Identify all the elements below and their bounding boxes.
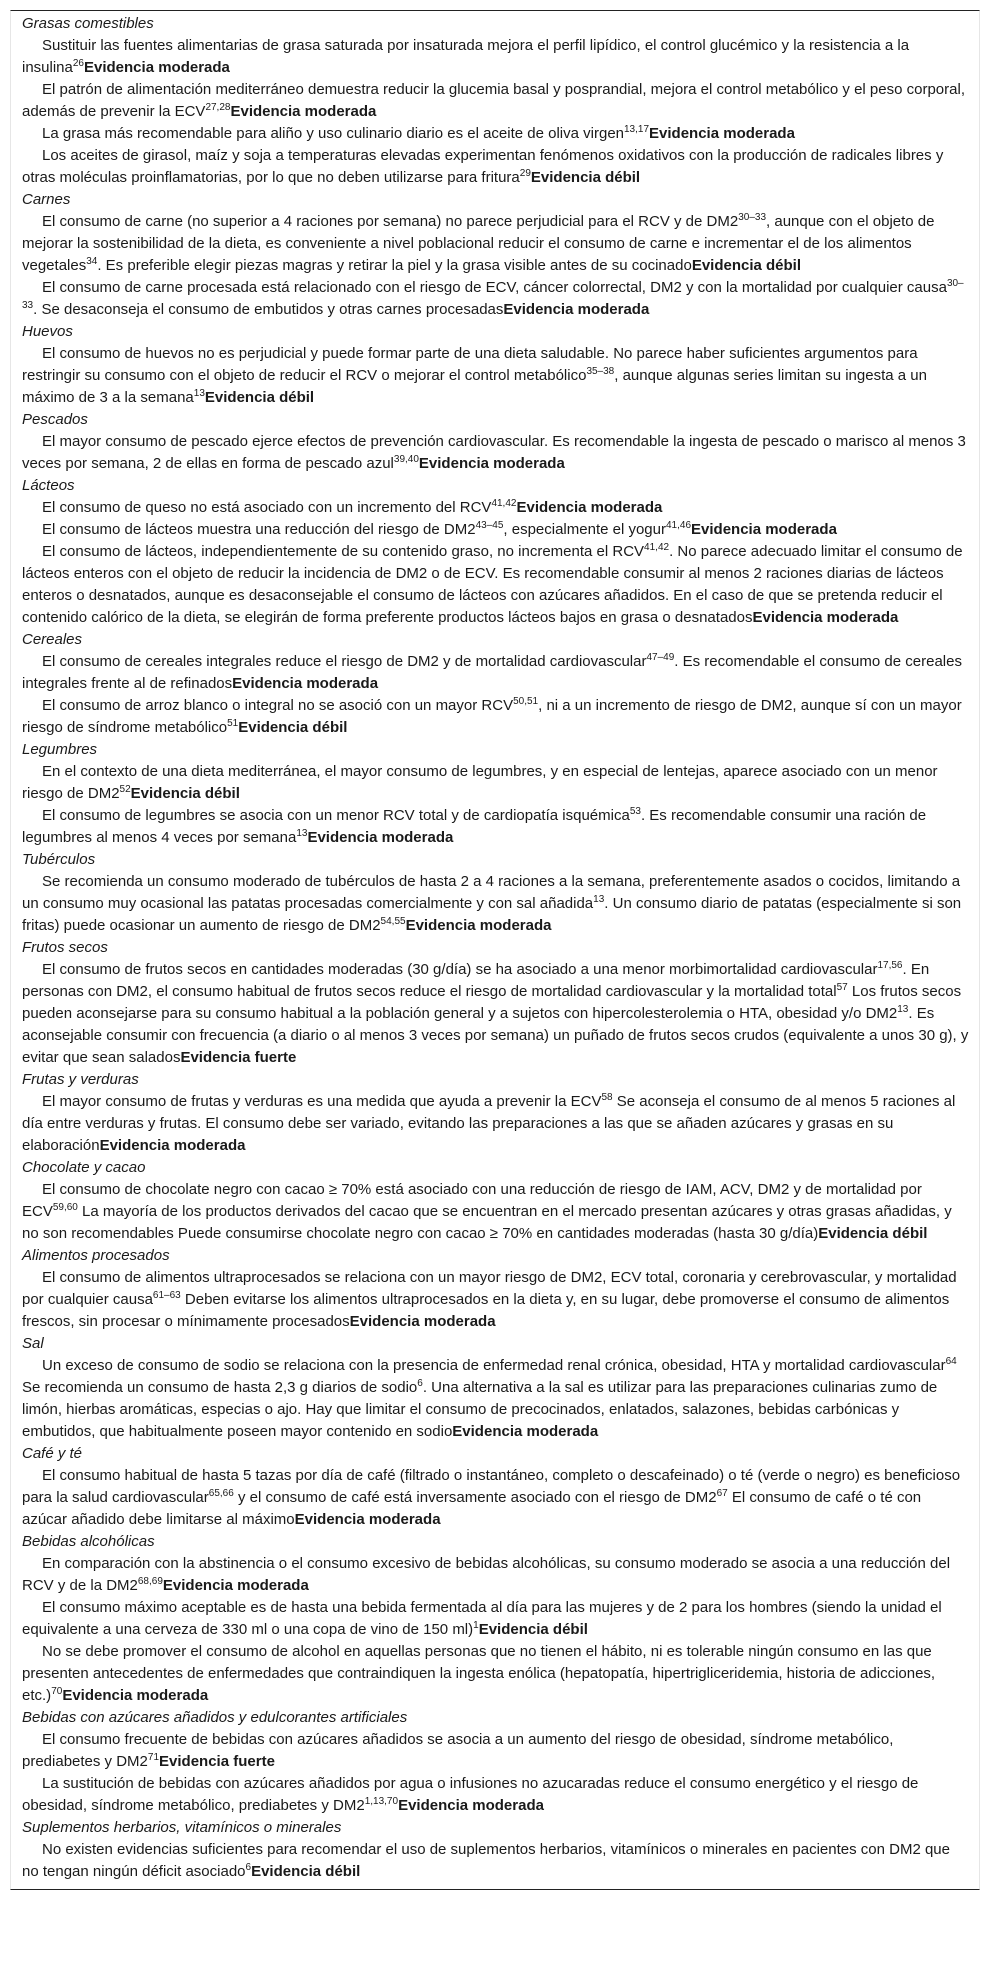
evidence-level: Evidencia moderada bbox=[163, 1577, 309, 1594]
reference-citation: 68,69 bbox=[138, 1576, 163, 1587]
recommendation: El consumo de queso no está asociado con… bbox=[22, 497, 969, 519]
recommendation: El consumo de frutos secos en cantidades… bbox=[22, 959, 969, 1069]
section-title: Suplementos herbarios, vitamínicos o min… bbox=[22, 1817, 969, 1839]
recommendation-text: El consumo de queso no está asociado con… bbox=[42, 499, 491, 516]
reference-citation: 67 bbox=[717, 1488, 728, 1499]
evidence-level: Evidencia débil bbox=[818, 1225, 927, 1242]
reference-citation: 43–45 bbox=[476, 520, 504, 531]
reference-citation: 29 bbox=[520, 168, 531, 179]
evidence-level: Evidencia moderada bbox=[691, 521, 837, 538]
reference-citation: 13 bbox=[194, 388, 205, 399]
reference-citation: 13 bbox=[593, 894, 604, 905]
reference-citation: 41,42 bbox=[644, 542, 669, 553]
recommendation-text: , especialmente el yogur bbox=[503, 521, 666, 538]
recommendation: Se recomienda un consumo moderado de tub… bbox=[22, 871, 969, 937]
section-title: Pescados bbox=[22, 409, 969, 431]
section-title: Lácteos bbox=[22, 475, 969, 497]
evidence-level: Evidencia débil bbox=[531, 169, 640, 186]
reference-citation: 51 bbox=[227, 718, 238, 729]
recommendation: En el contexto de una dieta mediterránea… bbox=[22, 761, 969, 805]
reference-citation: 34 bbox=[86, 256, 97, 267]
recommendation-text: El patrón de alimentación mediterráneo d… bbox=[22, 81, 965, 120]
recommendation-text: Se recomienda un consumo de hasta 2,3 g … bbox=[22, 1379, 417, 1396]
reference-citation: 65,66 bbox=[209, 1488, 234, 1499]
evidence-level: Evidencia moderada bbox=[419, 455, 565, 472]
recommendation-text: El consumo de carne procesada está relac… bbox=[42, 279, 947, 296]
evidence-level: Evidencia moderada bbox=[398, 1797, 544, 1814]
recommendations-table: Grasas comestiblesSustituir las fuentes … bbox=[10, 10, 980, 1890]
recommendation: La grasa más recomendable para aliño y u… bbox=[22, 123, 969, 145]
section-title: Sal bbox=[22, 1333, 969, 1355]
recommendation-text: La mayoría de los productos derivados de… bbox=[22, 1203, 952, 1242]
evidence-level: Evidencia débil bbox=[479, 1621, 588, 1638]
reference-citation: 41,46 bbox=[666, 520, 691, 531]
recommendation-text: y el consumo de café está inversamente a… bbox=[234, 1489, 717, 1506]
reference-citation: 57 bbox=[837, 982, 848, 993]
reference-citation: 13 bbox=[296, 828, 307, 839]
recommendation: No existen evidencias suficientes para r… bbox=[22, 1839, 969, 1883]
recommendation-text: El consumo de arroz blanco o integral no… bbox=[42, 697, 513, 714]
section-title: Bebidas alcohólicas bbox=[22, 1531, 969, 1553]
reference-citation: 70 bbox=[51, 1686, 62, 1697]
reference-citation: 54,55 bbox=[381, 916, 406, 927]
recommendation: El consumo habitual de hasta 5 tazas por… bbox=[22, 1465, 969, 1531]
recommendation: El consumo de carne (no superior a 4 rac… bbox=[22, 211, 969, 277]
evidence-level: Evidencia moderada bbox=[350, 1313, 496, 1330]
recommendation: Los aceites de girasol, maíz y soja a te… bbox=[22, 145, 969, 189]
recommendation-text: No existen evidencias suficientes para r… bbox=[22, 1841, 950, 1880]
section-title: Café y té bbox=[22, 1443, 969, 1465]
recommendation-text: . Se desaconseja el consumo de embutidos… bbox=[33, 301, 503, 318]
evidence-level: Evidencia moderada bbox=[230, 103, 376, 120]
evidence-level: Evidencia moderada bbox=[452, 1423, 598, 1440]
reference-citation: 64 bbox=[946, 1356, 957, 1367]
evidence-level: Evidencia fuerte bbox=[180, 1049, 296, 1066]
reference-citation: 59,60 bbox=[53, 1202, 78, 1213]
reference-citation: 1,13,70 bbox=[365, 1796, 398, 1807]
recommendation: No se debe promover el consumo de alcoho… bbox=[22, 1641, 969, 1707]
recommendation-text: El consumo de frutos secos en cantidades… bbox=[42, 961, 877, 978]
evidence-level: Evidencia débil bbox=[131, 785, 240, 802]
section-title: Bebidas con azúcares añadidos y edulcora… bbox=[22, 1707, 969, 1729]
recommendation: Un exceso de consumo de sodio se relacio… bbox=[22, 1355, 969, 1443]
section-title: Cereales bbox=[22, 629, 969, 651]
reference-citation: 58 bbox=[601, 1092, 612, 1103]
section-title: Legumbres bbox=[22, 739, 969, 761]
reference-citation: 13 bbox=[897, 1004, 908, 1015]
evidence-level: Evidencia moderada bbox=[649, 125, 795, 142]
evidence-level: Evidencia débil bbox=[251, 1863, 360, 1880]
reference-citation: 17,56 bbox=[877, 960, 902, 971]
evidence-level: Evidencia fuerte bbox=[159, 1753, 275, 1770]
recommendation: Sustituir las fuentes alimentarias de gr… bbox=[22, 35, 969, 79]
recommendation: El consumo máximo aceptable es de hasta … bbox=[22, 1597, 969, 1641]
section-title: Frutos secos bbox=[22, 937, 969, 959]
evidence-level: Evidencia moderada bbox=[503, 301, 649, 318]
evidence-level: Evidencia moderada bbox=[516, 499, 662, 516]
reference-citation: 35–38 bbox=[586, 366, 614, 377]
recommendation-text: El consumo frecuente de bebidas con azúc… bbox=[22, 1731, 893, 1770]
reference-citation: 50,51 bbox=[513, 696, 538, 707]
recommendation: El consumo de legumbres se asocia con un… bbox=[22, 805, 969, 849]
recommendation: El consumo frecuente de bebidas con azúc… bbox=[22, 1729, 969, 1773]
recommendation: El patrón de alimentación mediterráneo d… bbox=[22, 79, 969, 123]
evidence-level: Evidencia moderada bbox=[100, 1137, 246, 1154]
reference-citation: 39,40 bbox=[394, 454, 419, 465]
evidence-level: Evidencia moderada bbox=[406, 917, 552, 934]
reference-citation: 71 bbox=[148, 1752, 159, 1763]
recommendation: El consumo de lácteos muestra una reducc… bbox=[22, 519, 969, 541]
recommendation: El consumo de alimentos ultraprocesados … bbox=[22, 1267, 969, 1333]
recommendation-text: El consumo de carne (no superior a 4 rac… bbox=[42, 213, 738, 230]
recommendation: La sustitución de bebidas con azúcares a… bbox=[22, 1773, 969, 1817]
reference-citation: 53 bbox=[630, 806, 641, 817]
recommendation-text: Un exceso de consumo de sodio se relacio… bbox=[42, 1357, 946, 1374]
reference-citation: 61–63 bbox=[153, 1290, 181, 1301]
reference-citation: 26 bbox=[73, 58, 84, 69]
evidence-level: Evidencia débil bbox=[205, 389, 314, 406]
evidence-level: Evidencia moderada bbox=[752, 609, 898, 626]
evidence-level: Evidencia débil bbox=[692, 257, 801, 274]
evidence-level: Evidencia moderada bbox=[232, 675, 378, 692]
section-title: Grasas comestibles bbox=[22, 13, 969, 35]
recommendation-text: El consumo de legumbres se asocia con un… bbox=[42, 807, 630, 824]
recommendation-text: Los aceites de girasol, maíz y soja a te… bbox=[22, 147, 943, 186]
recommendation-text: El consumo de lácteos muestra una reducc… bbox=[42, 521, 476, 538]
recommendation: El consumo de lácteos, independientement… bbox=[22, 541, 969, 629]
reference-citation: 52 bbox=[120, 784, 131, 795]
reference-citation: 30–33 bbox=[738, 212, 766, 223]
section-title: Carnes bbox=[22, 189, 969, 211]
recommendation-text: El mayor consumo de frutas y verduras es… bbox=[42, 1093, 601, 1110]
section-title: Chocolate y cacao bbox=[22, 1157, 969, 1179]
reference-citation: 13,17 bbox=[624, 124, 649, 135]
recommendation-text: En comparación con la abstinencia o el c… bbox=[22, 1555, 950, 1594]
recommendation: El mayor consumo de frutas y verduras es… bbox=[22, 1091, 969, 1157]
recommendation-text: El consumo de cereales integrales reduce… bbox=[42, 653, 646, 670]
section-title: Alimentos procesados bbox=[22, 1245, 969, 1267]
reference-citation: 27,28 bbox=[205, 102, 230, 113]
evidence-level: Evidencia moderada bbox=[62, 1687, 208, 1704]
recommendation: El consumo de huevos no es perjudicial y… bbox=[22, 343, 969, 409]
recommendation: El mayor consumo de pescado ejerce efect… bbox=[22, 431, 969, 475]
evidence-level: Evidencia moderada bbox=[307, 829, 453, 846]
recommendation-text: La grasa más recomendable para aliño y u… bbox=[42, 125, 624, 142]
section-title: Frutas y verduras bbox=[22, 1069, 969, 1091]
recommendation: El consumo de arroz blanco o integral no… bbox=[22, 695, 969, 739]
recommendation: El consumo de cereales integrales reduce… bbox=[22, 651, 969, 695]
reference-citation: 47–49 bbox=[646, 652, 674, 663]
section-title: Huevos bbox=[22, 321, 969, 343]
evidence-level: Evidencia moderada bbox=[84, 59, 230, 76]
evidence-level: Evidencia débil bbox=[238, 719, 347, 736]
recommendation: El consumo de carne procesada está relac… bbox=[22, 277, 969, 321]
recommendation: El consumo de chocolate negro con cacao … bbox=[22, 1179, 969, 1245]
recommendation: En comparación con la abstinencia o el c… bbox=[22, 1553, 969, 1597]
recommendation-text: El consumo de lácteos, independientement… bbox=[42, 543, 644, 560]
recommendation-text: . Es preferible elegir piezas magras y r… bbox=[97, 257, 691, 274]
evidence-level: Evidencia moderada bbox=[295, 1511, 441, 1528]
section-title: Tubérculos bbox=[22, 849, 969, 871]
reference-citation: 41,42 bbox=[491, 498, 516, 509]
